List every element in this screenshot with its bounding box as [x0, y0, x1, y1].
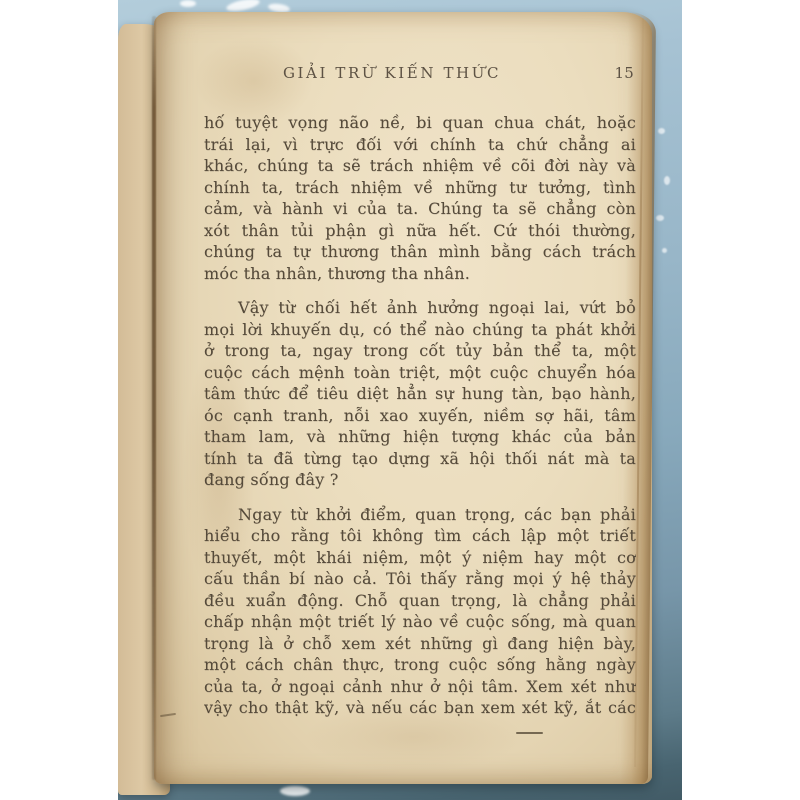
text-line: mọi lời khuyến dụ, có thể nào chúng ta p… [204, 319, 636, 341]
text-line: chúng ta tự thương thân mình bằng cách t… [204, 241, 636, 263]
text-line: của ta, ở ngoại cảnh như ở nội tâm. Xem … [204, 676, 636, 698]
text-line: trái lại, vì trực đối với chính ta chứ c… [204, 134, 636, 156]
text-line: đều xuẩn động. Chỗ quan trọng, là chẳng … [204, 590, 636, 612]
text-line: Vậy từ chối hết ảnh hưởng ngoại lai, vứt… [204, 297, 636, 319]
text-line: tham lam, và những hiện tượng khác của b… [204, 426, 636, 448]
text-line: cảm, và hành vi của ta. Chúng ta sẽ chẳn… [204, 198, 636, 220]
running-header-title: GIẢI TRỪ KIẾN THỨC [283, 64, 501, 82]
pencil-dash-mark [160, 713, 176, 717]
text-line: chính ta, trách nhiệm về những tư tưởng,… [204, 177, 636, 199]
page-number: 15 [615, 64, 635, 82]
text-line: móc tha nhân, thương tha nhân. [204, 263, 636, 285]
text-line: một cách chân thực, trong cuộc sống hằng… [204, 654, 636, 676]
text-line: tâm thức để tiêu diệt hẳn sự hung tàn, b… [204, 383, 636, 405]
book-page: GIẢI TRỪ KIẾN THỨC 15 hố tuyệt vọng não … [154, 12, 652, 784]
body-paragraph-1: hố tuyệt vọng não nề, bi quan chua chát,… [204, 112, 636, 284]
text-line: khác, chúng ta sẽ trách nhiệm về cõi đời… [204, 155, 636, 177]
body-paragraph-2: Vậy từ chối hết ảnh hưởng ngoại lai, vứt… [204, 297, 636, 491]
text-line: thuyết, một khái niệm, một ý niệm hay mộ… [204, 547, 636, 569]
text-line: hố tuyệt vọng não nề, bi quan chua chát,… [204, 112, 636, 134]
table-reflection-speck [662, 248, 667, 253]
text-line: Ngay từ khởi điểm, quan trọng, các bạn p… [204, 504, 636, 526]
text-line: xót thân tủi phận gì nữa hết. Cứ thói th… [204, 220, 636, 242]
text-line: cuộc cách mệnh toàn triệt, một cuộc chuy… [204, 362, 636, 384]
body-paragraph-3: Ngay từ khởi điểm, quan trọng, các bạn p… [204, 504, 636, 719]
text-line: tính ta đã từng tạo dựng xã hội thối nát… [204, 448, 636, 470]
text-line: vậy cho thật kỹ, và nếu các bạn xem xét … [204, 697, 636, 719]
book-photo: GIẢI TRỪ KIẾN THỨC 15 hố tuyệt vọng não … [118, 0, 682, 800]
table-glare [180, 0, 196, 7]
table-reflection-speck [664, 176, 670, 185]
running-header: GIẢI TRỪ KIẾN THỨC 15 [204, 64, 636, 86]
text-line: cấu thần bí nào cả. Tôi thấy rằng mọi ý … [204, 568, 636, 590]
table-glare [280, 786, 310, 796]
table-reflection-speck [658, 128, 665, 134]
table-reflection-speck [656, 215, 664, 221]
text-line: ở trong ta, ngay trong cốt tủy bản thể t… [204, 340, 636, 362]
text-line: chấp nhận một triết lý nào về cuộc sống,… [204, 611, 636, 633]
page-content: GIẢI TRỪ KIẾN THỨC 15 hố tuyệt vọng não … [204, 64, 636, 719]
photo-canvas: GIẢI TRỪ KIẾN THỨC 15 hố tuyệt vọng não … [0, 0, 800, 800]
pencil-underline [516, 732, 543, 734]
text-line: hiểu cho rằng tôi không tìm cách lập một… [204, 525, 636, 547]
body-text: hố tuyệt vọng não nề, bi quan chua chát,… [204, 112, 636, 719]
text-line: óc cạnh tranh, nỗi xao xuyến, niềm sợ hã… [204, 405, 636, 427]
text-line: trọng là ở chỗ xem xét những gì đang hiệ… [204, 633, 636, 655]
text-line: đang sống đây ? [204, 469, 636, 491]
gutter-crease [152, 16, 156, 780]
